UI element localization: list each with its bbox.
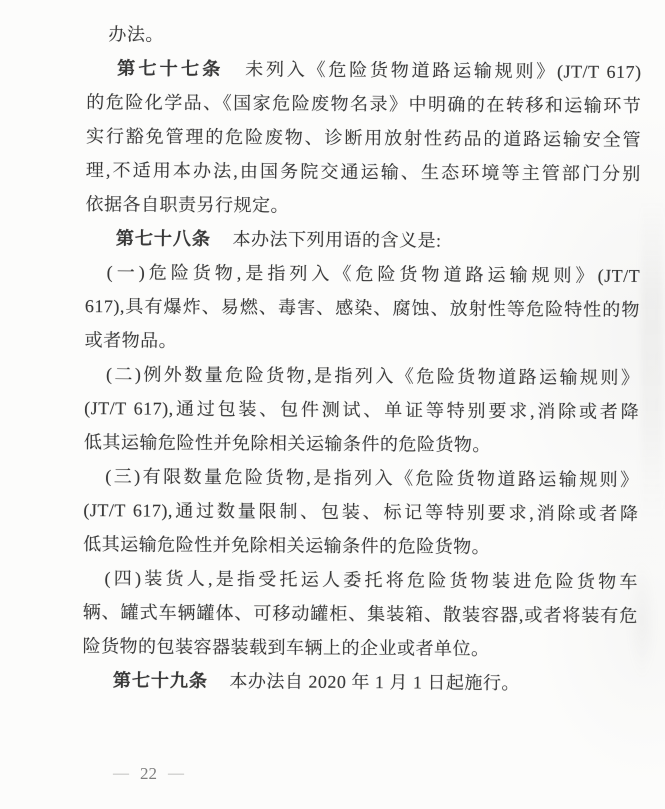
line-text: 理,不适用本办法,由国务院交通运输、生态环境等主管部门分别: [86, 160, 641, 184]
footer-dash-right: —: [168, 764, 184, 784]
document-line: 第七十九条本办法自 2020 年 1 月 1 日起施行。: [82, 663, 637, 701]
footer-dash-left: —: [113, 764, 129, 784]
line-text: 本办法下列用语的含义是:: [232, 229, 441, 250]
document-line: 的危险化学品、《国家危险废物名录》中明确的在转移和运输环节: [86, 85, 641, 123]
article-number: 第七十九条: [113, 670, 208, 691]
text-block: 办法。第七十七条未列入《危险货物道路运输规则》(JT/T 617)的危险化学品、…: [82, 17, 642, 701]
line-text: (三)有限数量危险货物,是指列入《危险货物道路运输规则》: [105, 466, 639, 490]
document-line: (一)危险货物,是指列入《危险货物道路运输规则》(JT/T: [85, 255, 640, 293]
document-line: 办法。: [87, 17, 642, 55]
page-footer: — 22 —: [113, 764, 184, 784]
document-line: 第七十七条未列入《危险货物道路运输规则》(JT/T 617): [86, 51, 641, 89]
document-line: (三)有限数量危险货物,是指列入《危险货物道路运输规则》: [84, 459, 639, 497]
line-text: 低其运输危险性并免除相关运输条件的危险货物。: [84, 432, 491, 455]
scan-smudge: [641, 200, 663, 520]
document-line: 低其运输危险性并免除相关运输条件的危险货物。: [84, 425, 639, 463]
line-text: (JT/T 617),通过包装、包件测试、单证等特别要求,消除或者降: [84, 398, 639, 422]
document-line: 第七十八条本办法下列用语的含义是:: [85, 221, 640, 259]
line-text: 辆、罐式车辆罐体、可移动罐柜、集装箱、散装容器,或者将装有危: [83, 602, 638, 626]
document-line: (二)例外数量危险货物,是指列入《危险货物道路运输规则》: [84, 357, 639, 395]
line-text: 依据各自职责另行规定。: [86, 194, 290, 215]
article-number: 第七十八条: [116, 228, 211, 249]
line-text: 617),具有爆炸、易燃、毒害、感染、腐蚀、放射性等危险特性的物质: [85, 296, 640, 327]
document-line: 或者物品。: [85, 323, 640, 361]
line-text: (一)危险货物,是指列入《危险货物道路运输规则》(JT/T: [107, 262, 641, 286]
document-line: 险货物的包装容器装载到车辆上的企业或者单位。: [82, 629, 637, 667]
line-text: (JT/T 617),通过数量限制、包装、标记等特别要求,消除或者降: [83, 500, 638, 524]
line-text: 实行豁免管理的危险废物、诊断用放射性药品的道路运输安全管: [86, 126, 641, 150]
document-line: 理,不适用本办法,由国务院交通运输、生态环境等主管部门分别: [86, 153, 641, 191]
document-line: (JT/T 617),通过数量限制、包装、标记等特别要求,消除或者降: [83, 493, 638, 531]
line-text: 未列入《危险货物道路运输规则》(JT/T 617): [245, 59, 641, 82]
line-text: 办法。: [108, 24, 164, 44]
page-number: 22: [140, 764, 157, 784]
line-text: 本办法自 2020 年 1 月 1 日起施行。: [229, 671, 520, 693]
document-line: 617),具有爆炸、易燃、毒害、感染、腐蚀、放射性等危险特性的物质: [85, 289, 640, 327]
line-text: 的危险化学品、《国家危险废物名录》中明确的在转移和运输环节: [86, 92, 641, 116]
line-text: (二)例外数量危险货物,是指列入《危险货物道路运输规则》: [106, 364, 640, 388]
document-line: (JT/T 617),通过包装、包件测试、单证等特别要求,消除或者降: [84, 391, 639, 429]
line-text: 或者物品。: [85, 330, 178, 351]
document-line: 辆、罐式车辆罐体、可移动罐柜、集装箱、散装容器,或者将装有危: [83, 595, 638, 633]
line-text: 低其运输危险性并免除相关运输条件的危险货物。: [83, 534, 490, 557]
document-line: 依据各自职责另行规定。: [85, 187, 640, 225]
scanned-page: 办法。第七十七条未列入《危险货物道路运输规则》(JT/T 617)的危险化学品、…: [0, 0, 665, 809]
article-number: 第七十七条: [117, 58, 224, 79]
line-text: 险货物的包装容器装载到车辆上的企业或者单位。: [82, 636, 489, 659]
document-line: 低其运输危险性并免除相关运输条件的危险货物。: [83, 527, 638, 565]
document-line: (四)装货人,是指受托运人委托将危险货物装进危险货物车: [83, 561, 638, 599]
document-line: 实行豁免管理的危险废物、诊断用放射性药品的道路运输安全管: [86, 119, 641, 157]
line-text: (四)装货人,是指受托运人委托将危险货物装进危险货物车: [105, 568, 639, 592]
